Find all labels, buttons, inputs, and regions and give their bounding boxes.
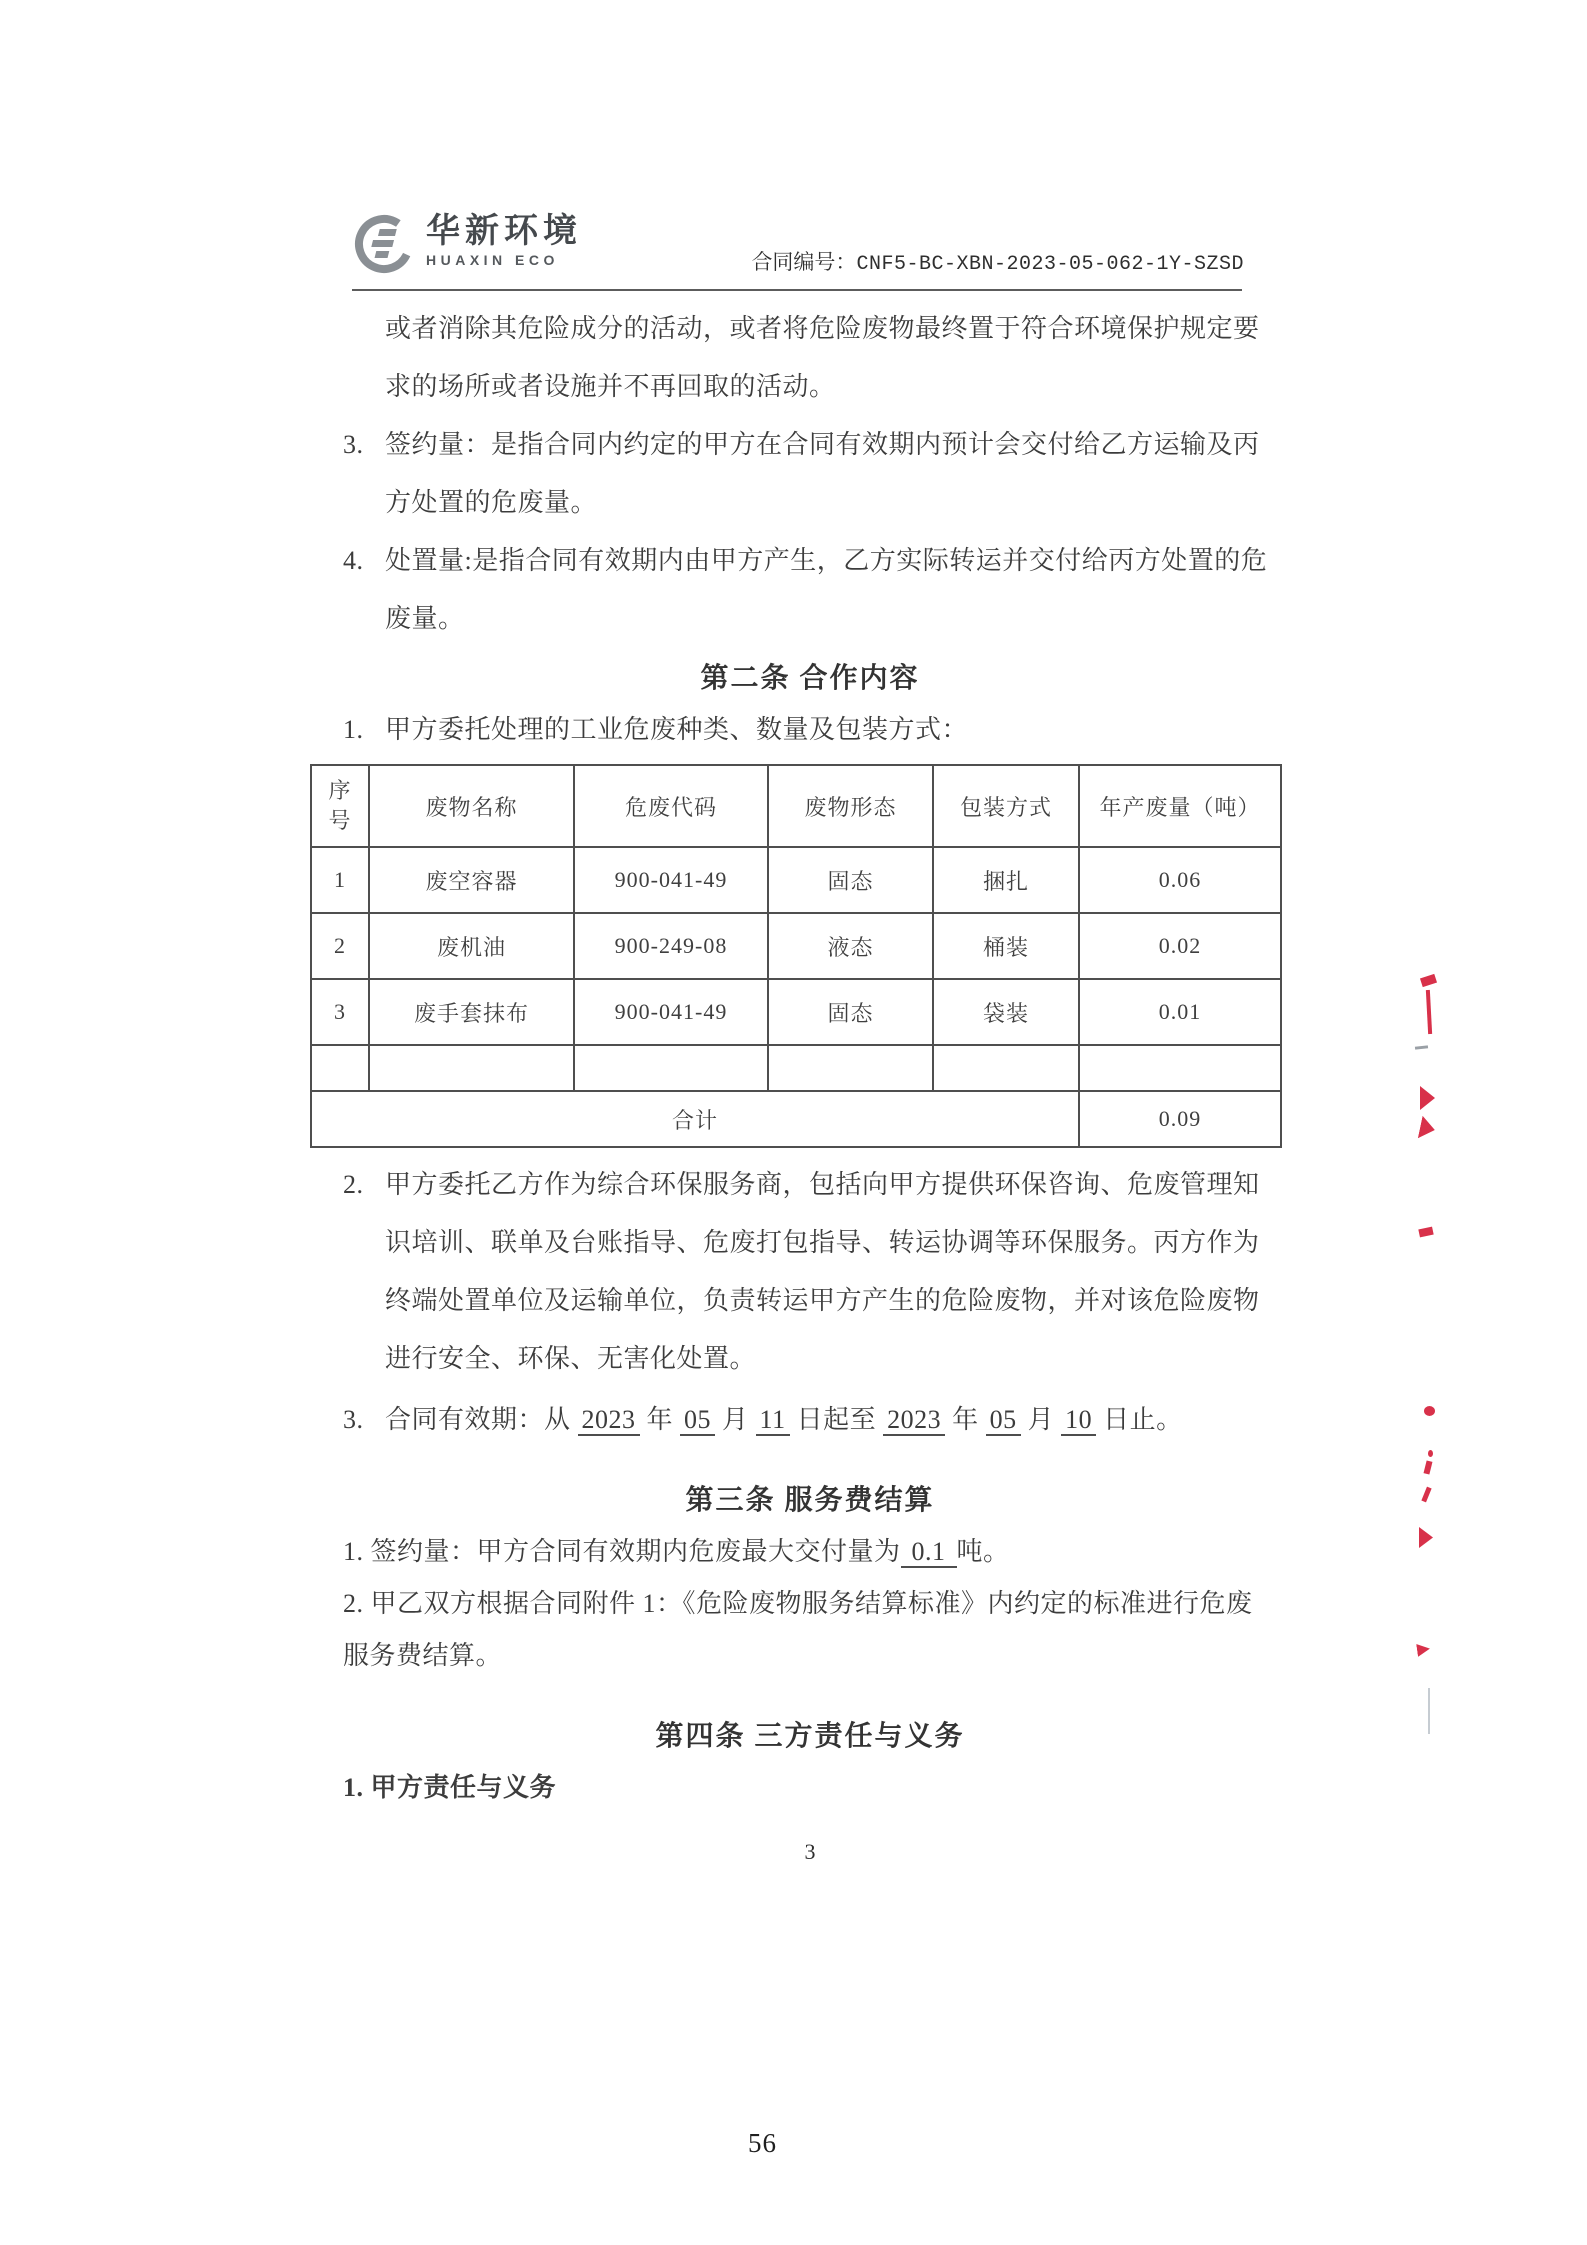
seal-mark <box>1426 990 1432 1034</box>
list-number: 2. <box>343 1156 364 1214</box>
table-cell <box>369 1045 574 1091</box>
table-header-cell: 年产废量（吨） <box>1079 765 1281 847</box>
text-line: 终端处置单位及运输单位，负责转运甲方产生的危险废物，并对该危险废物 <box>385 1272 1277 1330</box>
waste-table: 序 号废物名称危废代码废物形态包装方式年产废量（吨） 1废空容器900-041-… <box>310 764 1282 1148</box>
logo-text: 华新环境 HUAXIN ECO <box>426 212 582 270</box>
table-cell: 袋装 <box>933 979 1079 1045</box>
section2-heading: 第二条 合作内容 <box>343 654 1277 704</box>
inner-page-number: 3 <box>343 1832 1277 1872</box>
table-row: 2废机油900-249-08液态桶装0.02 <box>311 913 1281 979</box>
table-cell: 900-041-49 <box>574 979 768 1045</box>
logo-english-name: HUAXIN ECO <box>426 250 582 270</box>
list-number: 4. <box>343 532 364 590</box>
text-segment: 合同有效期：从 <box>385 1405 578 1434</box>
table-cell <box>574 1045 768 1091</box>
table-empty-row <box>311 1045 1281 1091</box>
seal-mark <box>1424 1406 1435 1416</box>
text-line: 进行安全、环保、无害化处置。 <box>385 1330 1277 1388</box>
table-cell: 1 <box>311 847 369 913</box>
table-cell: 固态 <box>768 847 933 913</box>
table-header-cell: 废物名称 <box>369 765 574 847</box>
text-line: 1.甲方委托处理的工业危废种类、数量及包装方式： <box>385 704 1277 756</box>
text-segment: 识培训、联单及台账指导、危废打包指导、转运协调等环保服务。丙方作为 <box>385 1228 1260 1257</box>
table-cell: 桶装 <box>933 913 1079 979</box>
list-number: 3. <box>343 416 364 474</box>
seal-mark <box>1428 1688 1430 1734</box>
text-line: 方处置的危废量。 <box>385 474 1277 532</box>
table-cell: 废空容器 <box>369 847 574 913</box>
seal-mark <box>1420 974 1437 987</box>
text-segment: 签约量：是指合同内约定的甲方在合同有效期内预计会交付给乙方运输及丙 <box>385 430 1260 459</box>
text-segment: 终端处置单位及运输单位，负责转运甲方产生的危险废物，并对该危险废物 <box>385 1286 1260 1315</box>
document-body: 或者消除其危险成分的活动，或者将危险废物最终置于符合环境保护规定要求的场所或者设… <box>385 300 1277 1872</box>
text-segment: 2. 甲乙双方根据合同附件 1：《危险废物服务结算标准》内约定的标准进行危废 <box>343 1589 1253 1618</box>
underlined-value: 0.1 <box>901 1537 957 1568</box>
text-segment: 1. 甲方责任与义务 <box>343 1773 556 1802</box>
section4-items: 1. 甲方责任与义务 <box>385 1762 1277 1814</box>
table-cell: 废机油 <box>369 913 574 979</box>
section2-para2: 2.甲方委托乙方作为综合环保服务商，包括向甲方提供环保咨询、危废管理知识培训、联… <box>385 1156 1277 1388</box>
contract-number-value: CNF5-BC-XBN-2023-05-062-1Y-SZSD <box>856 253 1244 276</box>
text-segment: 吨。 <box>957 1537 1010 1566</box>
table-header-row: 序 号废物名称危废代码废物形态包装方式年产废量（吨） <box>311 765 1281 847</box>
text-segment: 甲方委托乙方作为综合环保服务商，包括向甲方提供环保咨询、危废管理知 <box>385 1170 1260 1199</box>
text-segment: 甲方委托处理的工业危废种类、数量及包装方式： <box>385 715 968 744</box>
table-cell: 2 <box>311 913 369 979</box>
total-label-cell: 合计 <box>311 1091 1079 1147</box>
total-value-cell: 0.09 <box>1079 1091 1281 1147</box>
table-row: 1废空容器900-041-49固态捆扎0.06 <box>311 847 1281 913</box>
contract-number-line: 合同编号：CNF5-BC-XBN-2023-05-062-1Y-SZSD <box>751 246 1244 276</box>
table-cell <box>933 1045 1079 1091</box>
seal-mark <box>1418 1116 1437 1142</box>
seal-mark <box>1419 1527 1433 1548</box>
text-line: 3.合同有效期：从 2023 年 05 月 11 日起至 2023 年 05 月… <box>385 1394 1277 1446</box>
text-line: 3.签约量：是指合同内约定的甲方在合同有效期内预计会交付给乙方运输及丙 <box>385 416 1277 474</box>
section4-heading: 第四条 三方责任与义务 <box>343 1712 1277 1762</box>
table-cell: 3 <box>311 979 369 1045</box>
table-cell: 0.06 <box>1079 847 1281 913</box>
underlined-value: 05 <box>986 1405 1021 1436</box>
table-header-cell: 序 号 <box>311 765 369 847</box>
underlined-value: 2023 <box>578 1405 640 1436</box>
table-cell <box>311 1045 369 1091</box>
text-segment: 或者消除其危险成分的活动，或者将危险废物最终置于符合环境保护规定要 <box>385 314 1260 343</box>
text-segment: 日起至 <box>790 1405 884 1434</box>
table-cell <box>768 1045 933 1091</box>
definitions-paragraphs: 或者消除其危险成分的活动，或者将危险废物最终置于符合环境保护规定要求的场所或者设… <box>385 300 1277 648</box>
seal-mark <box>1424 1460 1433 1474</box>
text-line: 废量。 <box>385 590 1277 648</box>
underlined-value: 10 <box>1061 1405 1096 1436</box>
text-segment: 处置量:是指合同有效期内由甲方产生，乙方实际转运并交付给丙方处置的危 <box>385 546 1267 575</box>
text-segment: 进行安全、环保、无害化处置。 <box>385 1344 756 1373</box>
text-line: 识培训、联单及台账指导、危废打包指导、转运协调等环保服务。丙方作为 <box>385 1214 1277 1272</box>
section3-heading: 第三条 服务费结算 <box>343 1476 1277 1526</box>
contract-number-label: 合同编号： <box>751 250 856 274</box>
seal-mark <box>1428 1450 1433 1457</box>
text-segment: 月 <box>1021 1405 1062 1434</box>
table-header-cell: 包装方式 <box>933 765 1079 847</box>
contract-validity: 3.合同有效期：从 2023 年 05 月 11 日起至 2023 年 05 月… <box>385 1394 1277 1446</box>
text-line: 2.甲方委托乙方作为综合环保服务商，包括向甲方提供环保咨询、危废管理知 <box>385 1156 1277 1214</box>
table-cell: 0.01 <box>1079 979 1281 1045</box>
text-line: 求的场所或者设施并不再回取的活动。 <box>385 358 1277 416</box>
text-segment: 月 <box>715 1405 756 1434</box>
text-line: 服务费结算。 <box>343 1630 1277 1682</box>
table-cell: 液态 <box>768 913 933 979</box>
table-header-cell: 危废代码 <box>574 765 768 847</box>
underlined-value: 05 <box>680 1405 715 1436</box>
list-number: 3. <box>343 1394 364 1446</box>
header-divider <box>352 289 1242 291</box>
text-segment: 废量。 <box>385 604 465 633</box>
seal-mark <box>1418 1227 1433 1238</box>
text-line: 2. 甲乙双方根据合同附件 1：《危险废物服务结算标准》内约定的标准进行危废 <box>343 1578 1277 1630</box>
table-cell: 捆扎 <box>933 847 1079 913</box>
bottom-page-number: 56 <box>748 2128 777 2159</box>
huaxin-logo-icon <box>352 212 416 276</box>
scanned-contract-page: 华新环境 HUAXIN ECO 合同编号：CNF5-BC-XBN-2023-05… <box>0 0 1587 2245</box>
text-segment: 方处置的危废量。 <box>385 488 597 517</box>
section2-item1: 1.甲方委托处理的工业危废种类、数量及包装方式： <box>385 704 1277 756</box>
table-header-cell: 废物形态 <box>768 765 933 847</box>
text-segment: 求的场所或者设施并不再回取的活动。 <box>385 372 836 401</box>
seal-mark <box>1415 1045 1428 1049</box>
table-cell: 废手套抹布 <box>369 979 574 1045</box>
text-segment: 日止。 <box>1096 1405 1183 1434</box>
table-cell <box>1079 1045 1281 1091</box>
table-cell: 900-041-49 <box>574 847 768 913</box>
underlined-value: 11 <box>756 1405 790 1436</box>
text-line: 1. 甲方责任与义务 <box>343 1762 1277 1814</box>
company-logo: 华新环境 HUAXIN ECO <box>352 212 582 276</box>
text-segment: 年 <box>640 1405 681 1434</box>
seal-mark <box>1416 1642 1431 1657</box>
table-cell: 0.02 <box>1079 913 1281 979</box>
list-number: 1. <box>343 704 364 756</box>
text-line: 1. 签约量：甲方合同有效期内危废最大交付量为 0.1 吨。 <box>343 1526 1277 1578</box>
section3-items: 1. 签约量：甲方合同有效期内危废最大交付量为 0.1 吨。2. 甲乙双方根据合… <box>385 1526 1277 1682</box>
underlined-value: 2023 <box>883 1405 945 1436</box>
seal-mark <box>1420 1086 1435 1110</box>
text-line: 4.处置量:是指合同有效期内由甲方产生，乙方实际转运并交付给丙方处置的危 <box>385 532 1277 590</box>
text-segment: 服务费结算。 <box>343 1641 502 1670</box>
text-line: 或者消除其危险成分的活动，或者将危险废物最终置于符合环境保护规定要 <box>385 300 1277 358</box>
text-segment: 年 <box>945 1405 986 1434</box>
table-cell: 900-249-08 <box>574 913 768 979</box>
logo-chinese-name: 华新环境 <box>426 212 582 250</box>
page-header: 华新环境 HUAXIN ECO 合同编号：CNF5-BC-XBN-2023-05… <box>352 208 1244 294</box>
seal-mark <box>1421 1487 1431 1503</box>
table-total-row: 合计0.09 <box>311 1091 1281 1147</box>
text-segment: 1. 签约量：甲方合同有效期内危废最大交付量为 <box>343 1537 901 1566</box>
table-row: 3废手套抹布900-041-49固态袋装0.01 <box>311 979 1281 1045</box>
table-cell: 固态 <box>768 979 933 1045</box>
